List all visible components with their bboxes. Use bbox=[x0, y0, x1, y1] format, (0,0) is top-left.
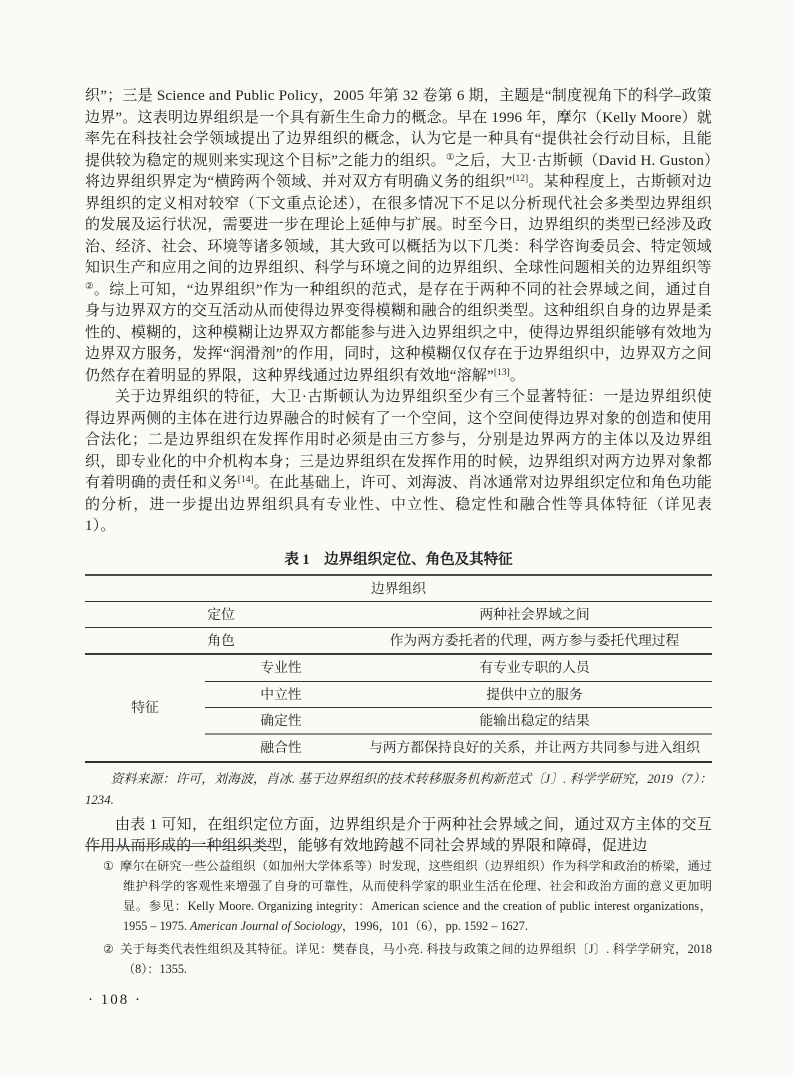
footnote-section: ①摩尔在研究一些公益组织（如加州大学体系等）时发现，这些组织（边界组织）作为科学… bbox=[85, 846, 712, 982]
table-caption: 表 1 边界组织定位、角色及其特征 bbox=[85, 548, 712, 569]
table-row: 角色 作为两方委托者的代理，两方参与委托代理过程 bbox=[85, 628, 712, 655]
table-source-note: 资料来源：许可，刘海波，肖冰. 基于边界组织的技术转移服务机构新范式〔J〕. 科… bbox=[85, 769, 712, 811]
table-row: 边界组织 bbox=[85, 575, 712, 602]
footnote-2-marker: ② bbox=[103, 942, 114, 956]
feature-value-2: 能输出稳定的结果 bbox=[357, 708, 712, 735]
footnote-2-text: 关于每类代表性组织及其特征。详见：樊春良，马小亮. 科技与政策之间的边界组织〔J… bbox=[120, 942, 712, 976]
main-text-column: 织”；三是 Science and Public Policy，2005 年第 … bbox=[85, 86, 712, 858]
feature-value-1: 提供中立的服务 bbox=[357, 681, 712, 707]
document-page: 织”；三是 Science and Public Policy，2005 年第 … bbox=[0, 0, 793, 1077]
row-value-dingwei: 两种社会界域之间 bbox=[357, 601, 712, 627]
row-label-tezheng: 特征 bbox=[85, 654, 205, 761]
footnote-divider bbox=[85, 846, 271, 847]
feature-label-3: 融合性 bbox=[205, 734, 357, 761]
feature-value-0: 有专业专职的人员 bbox=[357, 654, 712, 681]
paragraph-2: 关于边界组织的特征，大卫·古斯顿认为边界组织至少有三个显著特征：一是边界组织使得… bbox=[85, 387, 712, 538]
feature-label-1: 中立性 bbox=[205, 681, 357, 707]
table-header-cell: 边界组织 bbox=[85, 575, 712, 602]
feature-label-2: 确定性 bbox=[205, 708, 357, 735]
boundary-organization-table: 边界组织 定位 两种社会界域之间 角色 作为两方委托者的代理，两方参与委托代理过… bbox=[85, 574, 712, 763]
feature-label-0: 专业性 bbox=[205, 654, 357, 681]
footnote-1-text: 摩尔在研究一些公益组织（如加州大学体系等）时发现，这些组织（边界组织）作为科学和… bbox=[120, 859, 712, 933]
page-number: · 108 · bbox=[88, 992, 142, 1009]
row-label-juese: 角色 bbox=[85, 628, 357, 655]
row-value-juese: 作为两方委托者的代理，两方参与委托代理过程 bbox=[357, 628, 712, 655]
table-row: 定位 两种社会界域之间 bbox=[85, 601, 712, 627]
row-label-dingwei: 定位 bbox=[85, 601, 357, 627]
footnote-1-marker: ① bbox=[103, 859, 114, 873]
table-row: 特征 专业性 有专业专职的人员 bbox=[85, 654, 712, 681]
feature-value-3: 与两方都保持良好的关系，并让两方共同参与进入组织 bbox=[357, 734, 712, 761]
paragraph-1: 织”；三是 Science and Public Policy，2005 年第 … bbox=[85, 86, 712, 387]
footnote-1: ①摩尔在研究一些公益组织（如加州大学体系等）时发现，这些组织（边界组织）作为科学… bbox=[85, 856, 712, 936]
footnote-2: ②关于每类代表性组织及其特征。详见：樊春良，马小亮. 科技与政策之间的边界组织〔… bbox=[85, 939, 712, 979]
